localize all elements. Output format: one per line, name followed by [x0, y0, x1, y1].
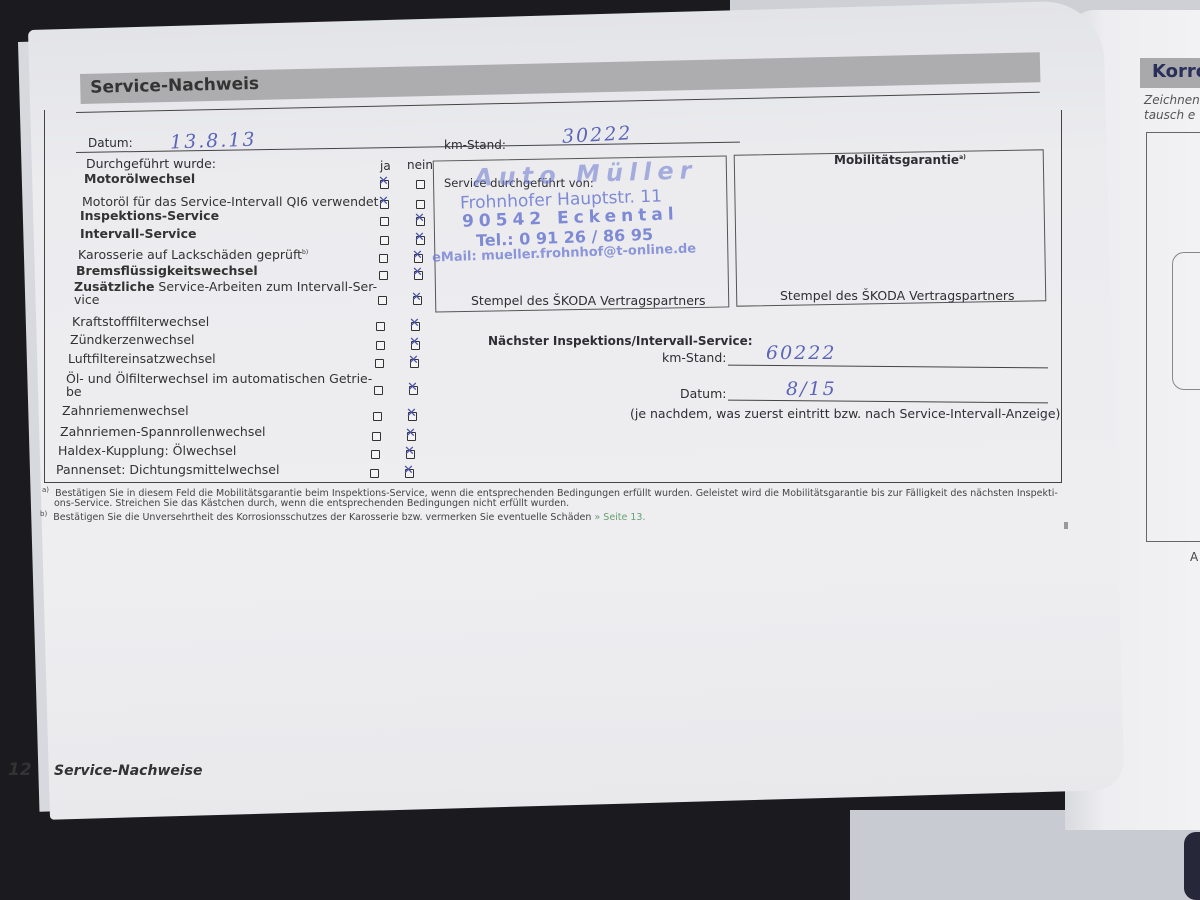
next-service-note: (je nachdem, was zuerst eintritt bzw. na… [630, 406, 1060, 421]
checkbox-nein[interactable] [409, 386, 418, 395]
checkbox-ja[interactable] [380, 200, 389, 209]
checkbox-nein[interactable] [410, 359, 419, 368]
date-label: Datum: [88, 136, 133, 150]
checkbox-ja[interactable] [370, 469, 379, 478]
checklist-item-label: Zündkerzenwechsel [70, 333, 195, 346]
checklist-item-label: Motorölwechsel [84, 172, 195, 185]
page-link[interactable]: » Seite 13. [594, 512, 645, 523]
checkbox-ja[interactable] [380, 180, 389, 189]
next-km-value[interactable]: 60222 [766, 342, 836, 364]
checklist-item-label: Luftfiltereinsatzwechsel [68, 352, 216, 365]
checkbox-nein[interactable] [416, 180, 425, 189]
checklist-item-label: Zusätzliche Service-Arbeiten zum Interva… [74, 280, 377, 306]
section-title-bar: Service-Nachweis [80, 52, 1040, 104]
date-value[interactable]: 13.8.13 [170, 128, 257, 153]
checklist-item-label: Zahnriemen-Spannrollenwechsel [60, 425, 266, 438]
service-stamp-caption: Stempel des ŠKODA Vertragspartners [471, 293, 706, 308]
next-service-heading: Nächster Inspektions/Intervall-Service: [488, 334, 753, 348]
checkbox-nein[interactable] [414, 271, 423, 280]
checkbox-ja[interactable] [380, 217, 389, 226]
checkbox-nein[interactable] [408, 412, 417, 421]
checklist-heading: Durchgeführt wurde: [86, 156, 216, 171]
checkbox-ja[interactable] [372, 432, 381, 441]
checkbox-nein[interactable] [416, 236, 425, 245]
footnote-b-text: Bestätigen Sie die Unversehrtheit des Ko… [53, 512, 591, 523]
checkbox-ja[interactable] [373, 412, 382, 421]
checkbox-ja[interactable] [371, 450, 380, 459]
checkbox-ja[interactable] [376, 322, 385, 331]
checklist-item-label: Zahnriemenwechsel [62, 404, 189, 417]
checklist-item-label: Pannenset: Dichtungsmittelwechsel [56, 463, 279, 476]
checkbox-nein[interactable] [413, 296, 422, 305]
checkbox-ja[interactable] [379, 271, 388, 280]
col-yes-label: ja [380, 159, 391, 173]
checklist-item-label: Bremsflüssigkeitswechsel [76, 264, 258, 277]
footnote-b-mark: b) [40, 510, 47, 518]
section-title: Service-Nachweis [90, 74, 259, 98]
checkbox-nein[interactable] [407, 432, 416, 441]
mobility-stamp-caption: Stempel des ŠKODA Vertragspartners [780, 288, 1015, 303]
checklist-item-label: Intervall-Service [80, 227, 196, 240]
mobility-guarantee-box [734, 149, 1047, 306]
mobility-footnote-mark: a) [959, 154, 966, 161]
checklist-item-label: Motoröl für das Service-Intervall QI6 ve… [82, 195, 379, 208]
checklist-item-label: Haldex-Kupplung: Ölwechsel [58, 444, 236, 457]
checklist-item-label: Karosserie auf Lackschäden geprüftb) [78, 246, 308, 261]
next-date-value[interactable]: 8/15 [786, 378, 837, 400]
col-no-label: nein [407, 158, 433, 172]
footnote-b: b) Bestätigen Sie die Unversehrtheit des… [40, 510, 646, 523]
km-label: km-Stand: [444, 138, 506, 152]
footnote-a-cont: ons-Service. Streichen Sie das Kästchen … [54, 498, 569, 509]
checkbox-nein[interactable] [411, 322, 420, 331]
checkbox-nein[interactable] [411, 341, 420, 350]
checkbox-nein[interactable] [405, 469, 414, 478]
page-number: 12 [8, 760, 32, 780]
checkbox-nein[interactable] [406, 450, 415, 459]
km-value[interactable]: 30222 [561, 122, 633, 148]
mobility-title-text: Mobilitätsgarantie [834, 153, 959, 167]
footnote-a-mark: a) [42, 486, 49, 494]
checkbox-ja[interactable] [380, 236, 389, 245]
footer-title: Service-Nachweise [54, 763, 203, 779]
checkbox-nein[interactable] [416, 200, 425, 209]
checkbox-nein[interactable] [416, 217, 425, 226]
next-date-label: Datum: [680, 386, 727, 401]
checklist-item-label: Kraftstofffilterwechsel [72, 315, 209, 328]
mobility-title: Mobilitätsgarantiea) [834, 153, 966, 167]
checkbox-ja[interactable] [379, 254, 388, 263]
checkbox-nein[interactable] [414, 254, 423, 263]
next-km-label: km-Stand: [662, 350, 727, 365]
checkbox-ja[interactable] [374, 386, 383, 395]
page-content: Service-Nachweis Datum: 13.8.13 km-Stand… [0, 0, 1200, 900]
checkbox-ja[interactable] [376, 341, 385, 350]
checkbox-ja[interactable] [378, 296, 387, 305]
checklist-item-label: Öl- und Ölfilterwechsel im automatischen… [66, 372, 372, 398]
checklist-item-label: Inspektions-Service [80, 209, 219, 222]
checkbox-ja[interactable] [375, 359, 384, 368]
page-marker [1064, 522, 1068, 529]
